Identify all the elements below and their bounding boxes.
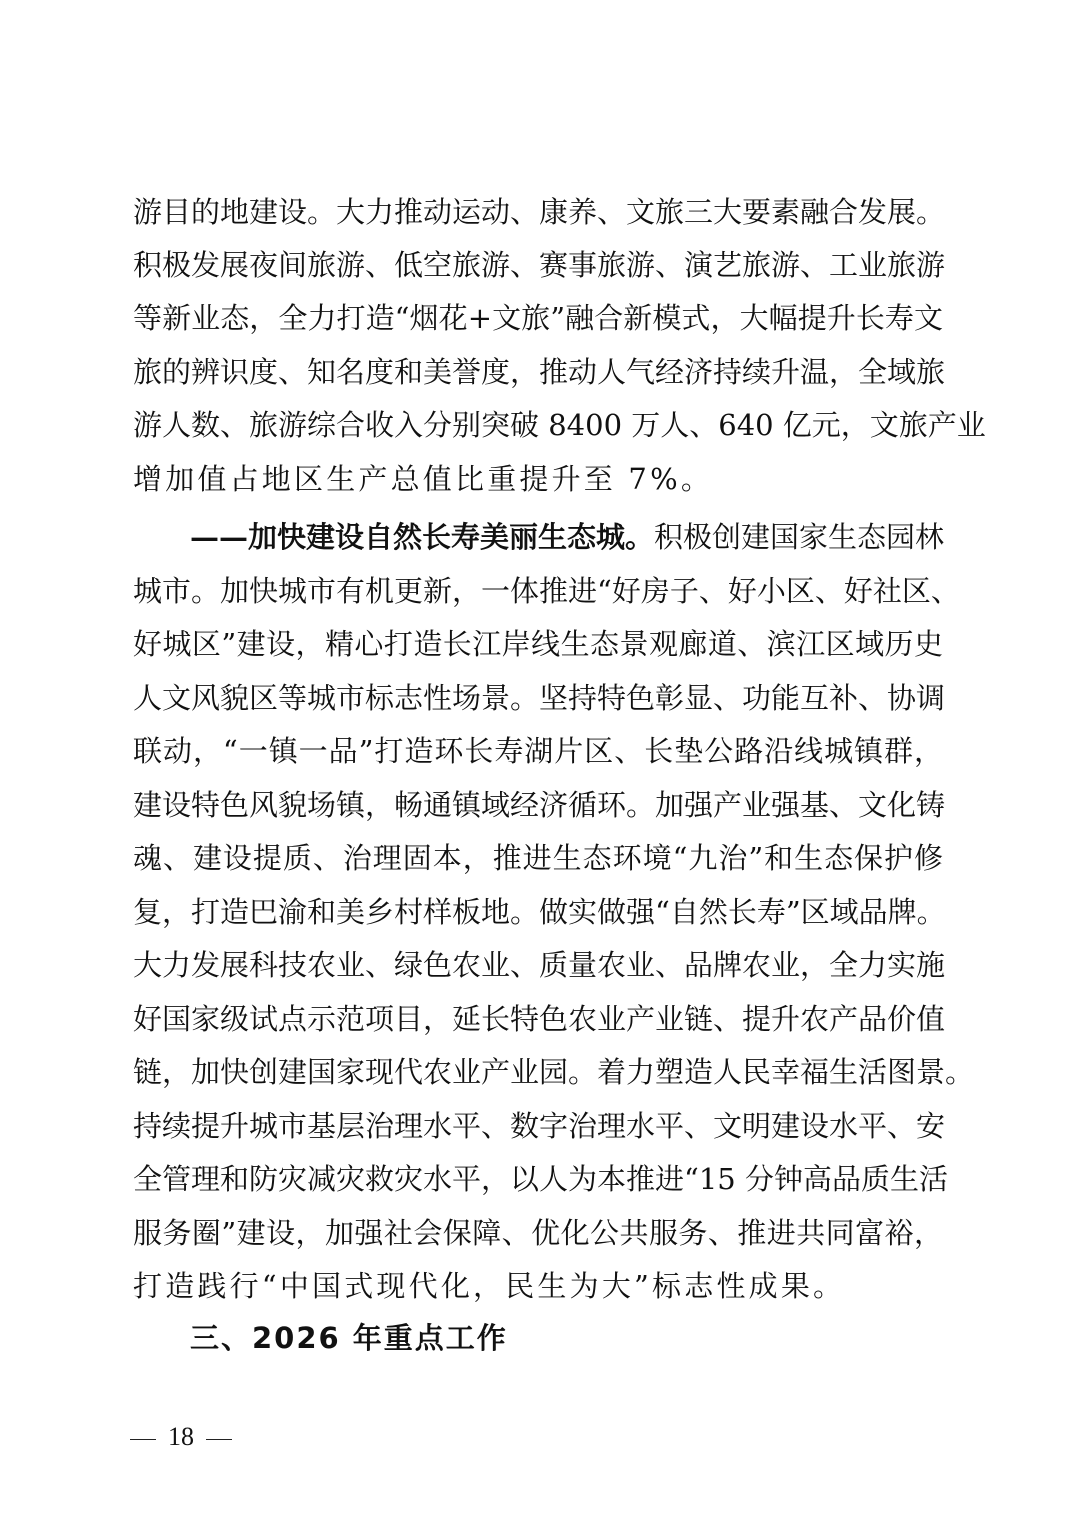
section-lead-line: ——加快建设自然长寿美丽生态城。积极创建国家生态园林 [190, 517, 943, 557]
paragraph-line: 打造践行“中国式现代化，民生为大”标志性成果。 [133, 1266, 943, 1306]
paragraph-line: 好城区”建设，精心打造长江岸线生态景观廊道、滨江区域历史 [133, 624, 943, 664]
section-bold-lead: ——加快建设自然长寿美丽生态城。 [190, 520, 654, 554]
section-lead-rest: 积极创建国家生态园林 [654, 520, 944, 554]
dash-decoration [206, 1439, 232, 1440]
paragraph-line: 大力发展科技农业、绿色农业、质量农业、品牌农业，全力实施 [133, 945, 943, 985]
paragraph-line: 魂、建设提质、治理固本，推进生态环境“九治”和生态保护修 [133, 838, 943, 878]
paragraph-line: 服务圈”建设，加强社会保障、优化公共服务、推进共同富裕， [133, 1213, 943, 1253]
paragraph-line: 城市。加快城市有机更新，一体推进“好房子、好小区、好社区、 [133, 571, 943, 611]
paragraph-line: 持续提升城市基层治理水平、数字治理水平、文明建设水平、安 [133, 1106, 943, 1146]
page-number-footer: 18 [130, 1420, 232, 1454]
paragraph-line: 复，打造巴渝和美乡村样板地。做实做强“自然长寿”区域品牌。 [133, 892, 943, 932]
paragraph-line: 游人数、旅游综合收入分别突破 8400 万人、640 亿元，文旅产业 [133, 405, 943, 445]
paragraph-line: 等新业态，全力打造“烟花+文旅”融合新模式，大幅提升长寿文 [133, 298, 943, 338]
document-page: 游目的地建设。大力推动运动、康养、文旅三大要素融合发展。 积极发展夜间旅游、低空… [0, 0, 1074, 1520]
page-number: 18 [168, 1420, 194, 1454]
paragraph-line: 全管理和防灾减灾救灾水平，以人为本推进“15 分钟高品质生活 [133, 1159, 943, 1199]
paragraph-line: 旅的辨识度、知名度和美誉度，推动人气经济持续升温，全域旅 [133, 352, 943, 392]
paragraph-line: 建设特色风貌场镇，畅通镇域经济循环。加强产业强基、文化铸 [133, 785, 943, 825]
paragraph-line: 游目的地建设。大力推动运动、康养、文旅三大要素融合发展。 [133, 192, 943, 232]
paragraph-line: 人文风貌区等城市标志性场景。坚持特色彰显、功能互补、协调 [133, 678, 943, 718]
paragraph-line: 增加值占地区生产总值比重提升至 7%。 [133, 459, 943, 499]
dash-decoration [130, 1439, 156, 1440]
section-heading: 三、2026 年重点工作 [190, 1318, 508, 1358]
paragraph-line: 联动，“一镇一品”打造环长寿湖片区、长垫公路沿线城镇群， [133, 731, 943, 771]
paragraph-line: 链，加快创建国家现代农业产业园。着力塑造人民幸福生活图景。 [133, 1052, 943, 1092]
paragraph-line: 好国家级试点示范项目，延长特色农业产业链、提升农产品价值 [133, 999, 943, 1039]
paragraph-line: 积极发展夜间旅游、低空旅游、赛事旅游、演艺旅游、工业旅游 [133, 245, 943, 285]
